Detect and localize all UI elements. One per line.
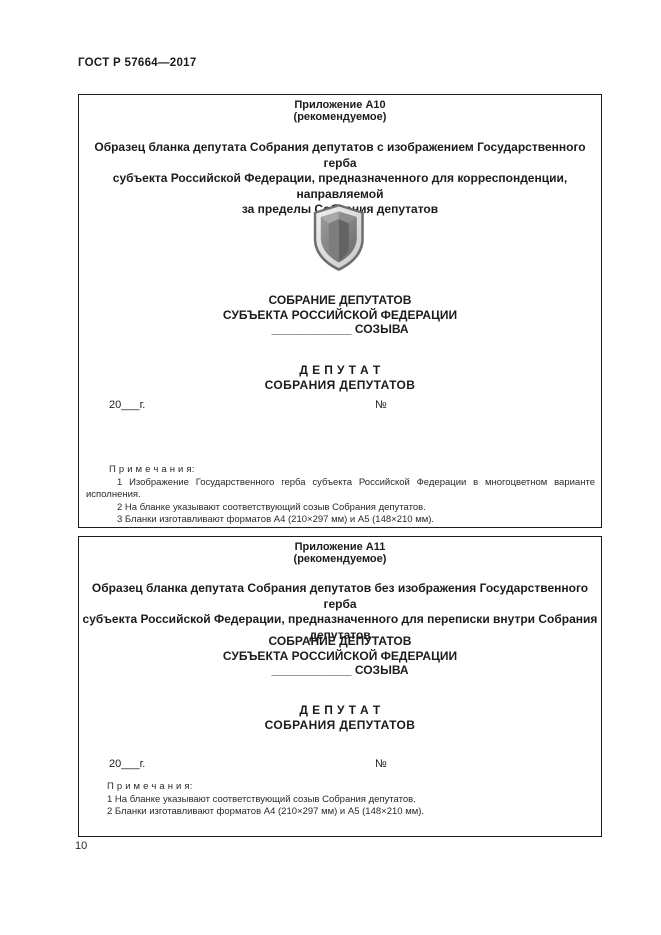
appendix-a11-form: Приложение А11 (рекомендуемое) Образец б… [78,536,602,837]
document-page: ГОСТ Р 57664—2017 Приложение А10 (рекоме… [0,0,661,935]
state-emblem-shield-icon [309,202,369,274]
number-field: № [375,758,387,770]
date-field: 20___г. [109,758,145,770]
deputy-title-block: Д Е П У Т А Т СОБРАНИЯ ДЕПУТАТОВ [79,363,601,392]
appendix-a10-label: Приложение А10 [79,99,601,111]
note-item: 1 Изображение Государственного герба суб… [86,477,595,502]
appendix-a11-kind: (рекомендуемое) [79,553,601,565]
date-number-line: 20___г. № [79,399,601,413]
appendix-a10-kind: (рекомендуемое) [79,111,601,123]
doc-number: ГОСТ Р 57664—2017 [78,57,197,69]
note-item: 1 На бланке указывают соответствующий со… [107,794,595,807]
page-number: 10 [75,840,87,852]
appendix-a10-form: Приложение А10 (рекомендуемое) Образец б… [78,94,602,528]
org-name-block: СОБРАНИЕ ДЕПУТАТОВ СУБЪЕКТА РОССИЙСКОЙ Ф… [79,293,601,337]
notes-label: П р и м е ч а н и я: [107,781,595,794]
org-name-block: СОБРАНИЕ ДЕПУТАТОВ СУБЪЕКТА РОССИЙСКОЙ Ф… [79,634,601,678]
notes-label: П р и м е ч а н и я: [86,464,595,477]
date-number-line: 20___г. № [79,758,601,772]
notes-a11: П р и м е ч а н и я: 1 На бланке указыва… [107,781,595,819]
date-field: 20___г. [109,399,145,411]
note-item: 2 Бланки изготавливают форматов А4 (210×… [107,806,595,819]
note-item: 3 Бланки изготавливают форматов А4 (210×… [86,514,595,527]
notes-a10: П р и м е ч а н и я: 1 Изображение Госуд… [86,464,595,527]
deputy-title-block: Д Е П У Т А Т СОБРАНИЯ ДЕПУТАТОВ [79,703,601,732]
number-field: № [375,399,387,411]
note-item: 2 На бланке указывают соответствующий со… [86,502,595,515]
appendix-a11-label: Приложение А11 [79,541,601,553]
